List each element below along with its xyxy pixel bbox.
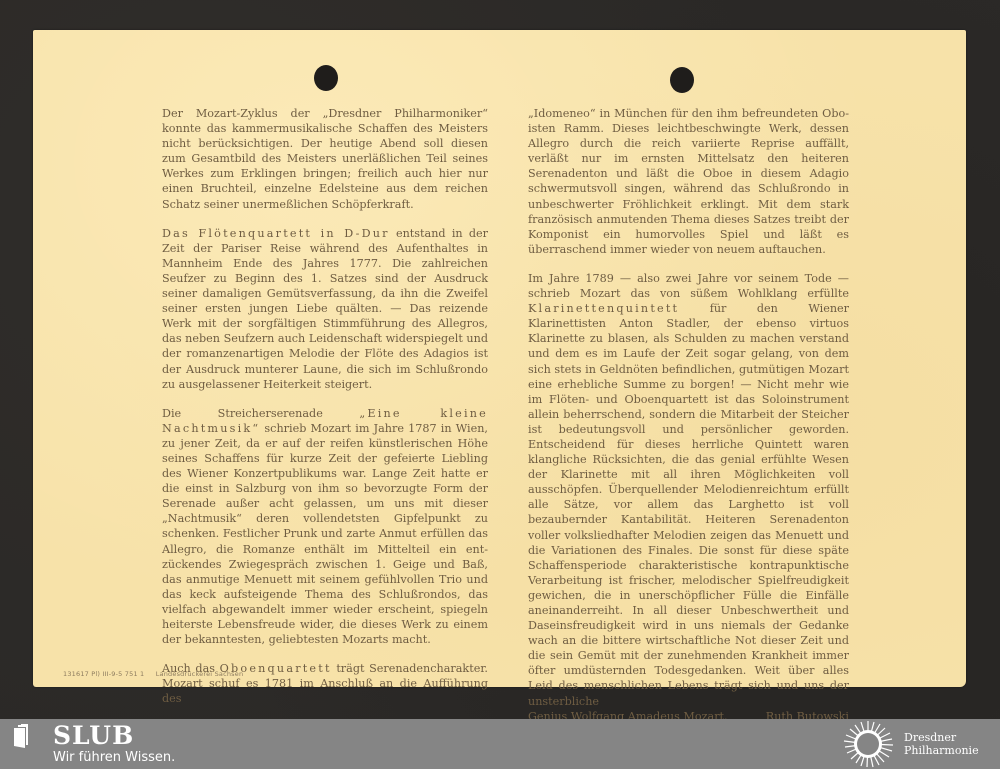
punch-hole-left — [314, 65, 338, 91]
paragraph-clarinet-quintet: Im Jahre 1789 — also zwei Jahre vor sein… — [528, 271, 849, 709]
paragraph-idomeneo: „Idomeneo“ in München für den ihm befreu… — [528, 106, 849, 257]
paragraph-text: für den Wiener Klarinettisten Anton Stad… — [528, 302, 849, 707]
work-title-clarinet-quintet: Klarinettenquintett — [528, 302, 679, 315]
dresdner-philharmonie-brand: Dresdner Philharmonie — [904, 731, 979, 757]
footer-bar: SLUB Wir führen Wissen. Dresdner Philhar… — [0, 719, 1000, 769]
paragraph-intro: Der Mozart-Zyklus der „Dresdner Philharm… — [162, 106, 488, 212]
right-text-column: „Idomeneo“ in München für den ihm befreu… — [528, 106, 849, 724]
brand-line-2: Philharmonie — [904, 744, 979, 757]
slub-tagline: Wir führen Wissen. — [53, 750, 175, 766]
left-text-column: Der Mozart-Zyklus der „Dresdner Philharm… — [162, 106, 488, 720]
brand-line-1: Dresdner — [904, 731, 979, 744]
dresdner-philharmonie-sunburst-icon — [842, 720, 894, 768]
paragraph-text: schrieb Mozart im Jahre 1787 in Wien, zu… — [162, 422, 488, 646]
paragraph-text: Im Jahre 1789 — also zwei Jahre vor sein… — [528, 272, 849, 300]
work-title-flute-quartet: Das Flötenquartett in D-Dur — [162, 227, 390, 240]
printer-imprint: 131617 Pl) III-9-5 751 1 Landesdruckerei… — [63, 670, 243, 678]
paragraph-flute-quartet: Das Flötenquartett in D-Dur entstand in … — [162, 226, 488, 392]
paragraph-serenade: Die Streicherserenade „Eine kleine Nacht… — [162, 406, 488, 648]
punch-hole-right — [670, 67, 694, 93]
paragraph-text: entstand in der Zeit der Pariser Reise w… — [162, 227, 488, 391]
paragraph-oboe-quartet: Auch das Oboenquartett trägt Serenadench… — [162, 661, 488, 706]
paragraph-text: Die Streicherserenade — [162, 407, 359, 420]
slub-brand: SLUB — [53, 722, 134, 750]
document-page: Der Mozart-Zyklus der „Dresdner Philharm… — [33, 30, 966, 687]
slub-book-icon — [12, 723, 44, 749]
